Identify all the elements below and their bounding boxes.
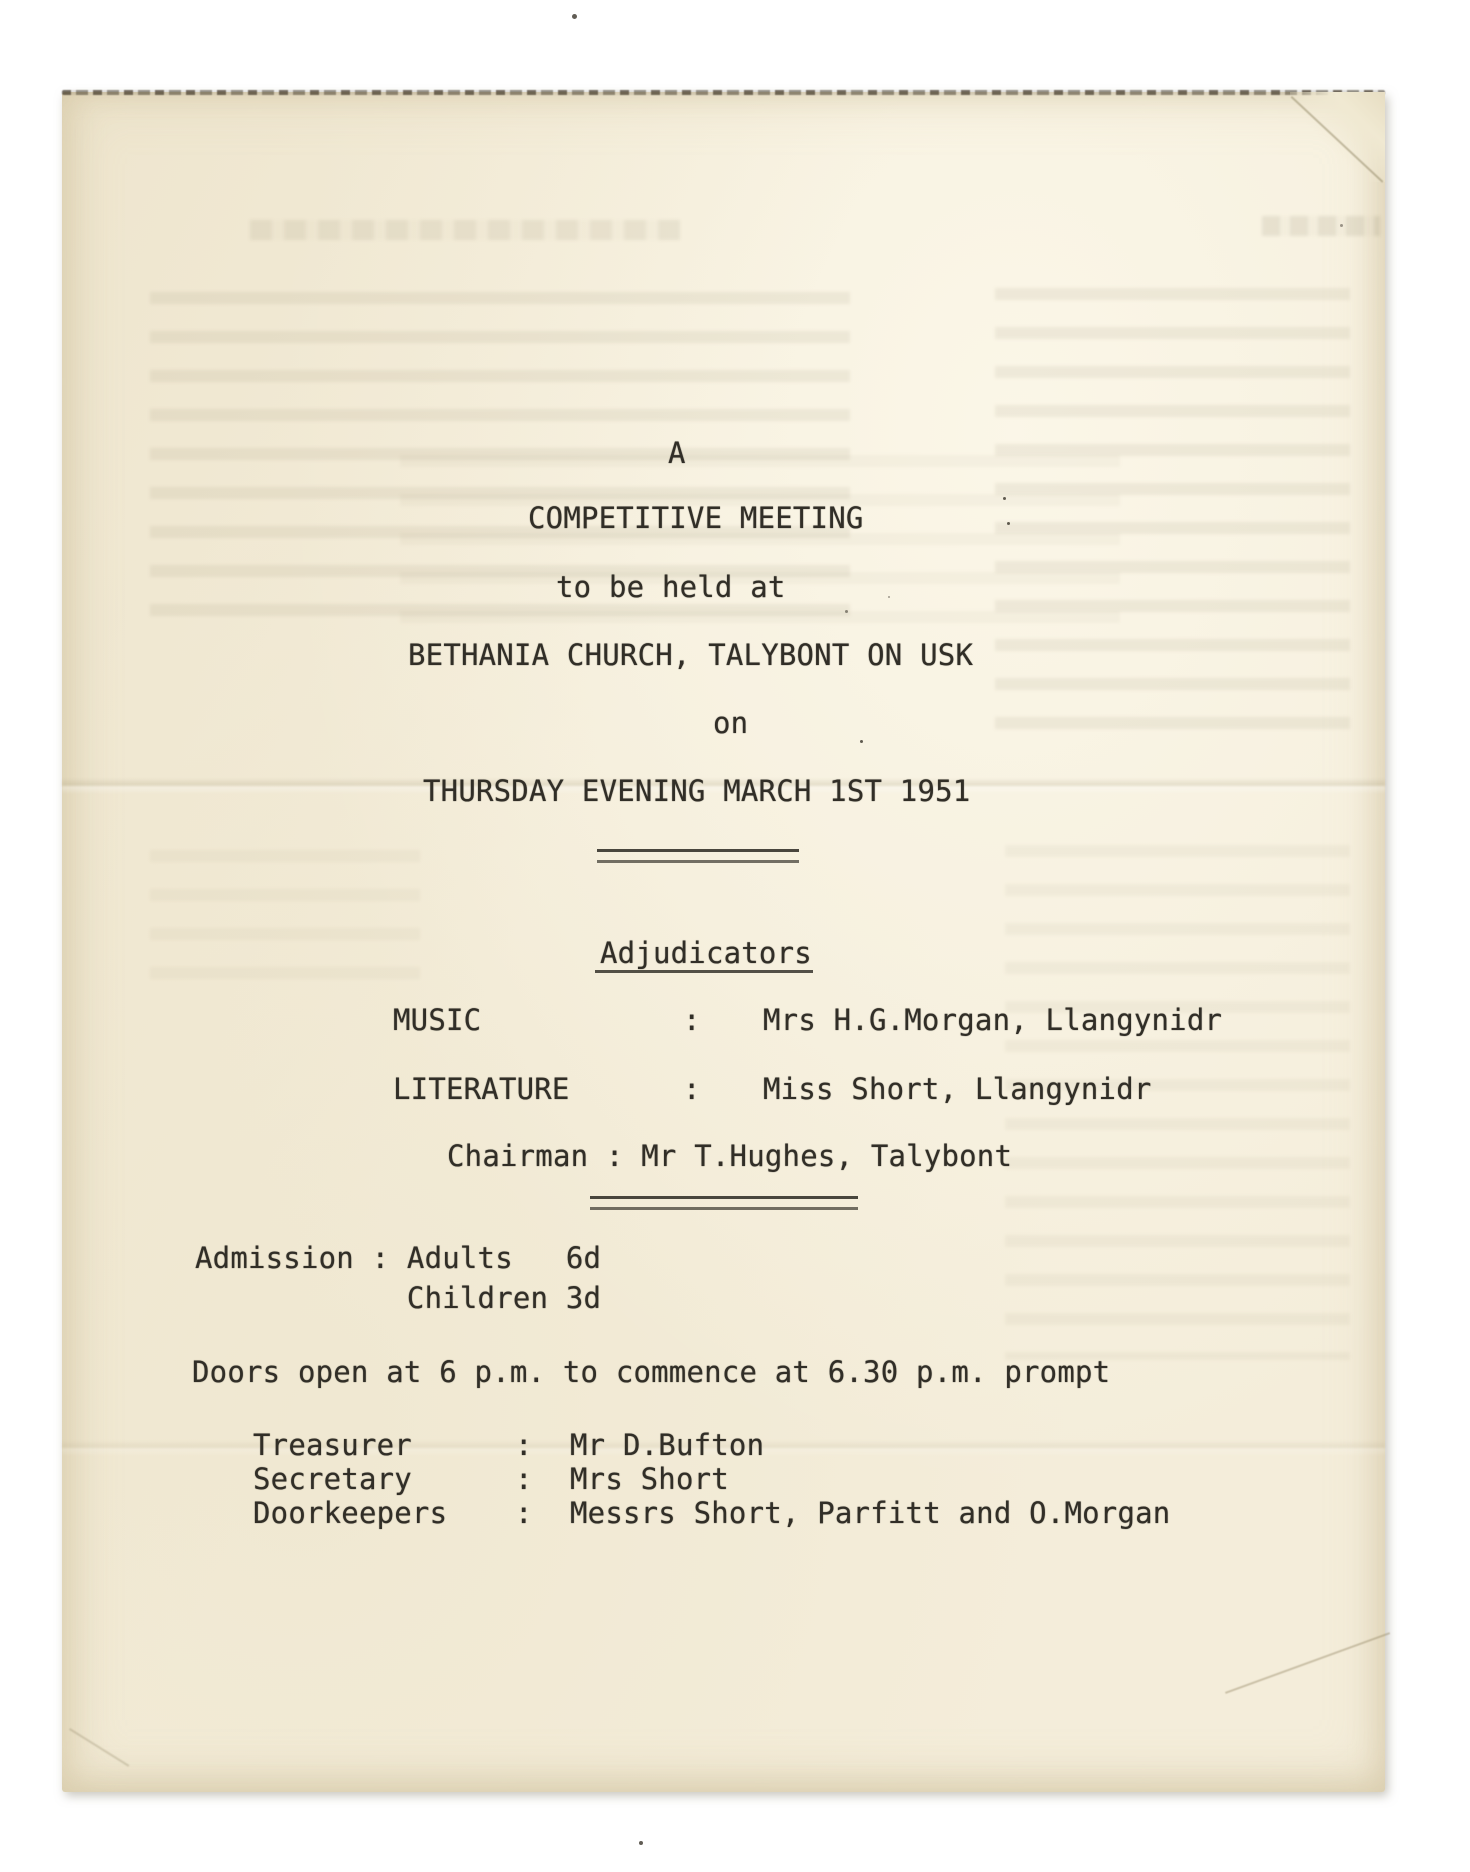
ink-speck (888, 596, 890, 598)
ink-speck (845, 610, 848, 613)
double-rule-divider (597, 849, 799, 863)
ink-speck (1340, 224, 1343, 227)
heading-title: COMPETITIVE MEETING (528, 501, 864, 535)
heading-held-at: to be held at (556, 570, 786, 604)
ink-speck (1003, 497, 1006, 500)
heading-on-word: on (713, 706, 748, 740)
official-separator: : (515, 1428, 533, 1462)
double-rule-divider (590, 1196, 858, 1210)
adjudicator-row: MUSIC : Mrs H.G.Morgan, Llangynidr (0, 1003, 1470, 1037)
official-name: Mr D.Bufton (570, 1428, 764, 1462)
doors-open-line: Doors open at 6 p.m. to commence at 6.30… (192, 1355, 1110, 1389)
heading-date-line: THURSDAY EVENING MARCH 1ST 1951 (423, 774, 970, 808)
adjudicators-underline (595, 970, 813, 973)
official-role: Secretary (253, 1462, 412, 1496)
admission-line-adults: Admission : Adults 6d (195, 1241, 601, 1275)
official-name: Mrs Short (570, 1462, 729, 1496)
bleed-through-text-block (1262, 216, 1380, 236)
heading-article: A (668, 436, 686, 470)
adjudicator-row: LITERATURE : Miss Short, Llangynidr (0, 1072, 1470, 1106)
bleed-through-text-block (250, 220, 680, 240)
official-separator: : (515, 1496, 533, 1530)
official-name: Messrs Short, Parfitt and O.Morgan (570, 1496, 1170, 1530)
heading-venue: BETHANIA CHURCH, TALYBONT ON USK (408, 638, 973, 672)
adjudicator-separator: : (683, 1003, 701, 1037)
adjudicator-name: Mrs H.G.Morgan, Llangynidr (763, 1003, 1222, 1037)
official-row-doorkeepers: Doorkeepers : Messrs Short, Parfitt and … (0, 1496, 1470, 1530)
ink-speck (860, 740, 863, 743)
adjudicator-category: LITERATURE (393, 1072, 570, 1106)
adjudicators-section-title: Adjudicators (600, 936, 812, 970)
torn-top-edge (62, 90, 1385, 95)
ink-speck (572, 14, 577, 19)
ink-speck (1007, 522, 1010, 525)
official-row-secretary: Secretary : Mrs Short (0, 1462, 1470, 1496)
chairman-line: Chairman : Mr T.Hughes, Talybont (447, 1139, 1012, 1173)
adjudicator-name: Miss Short, Llangynidr (763, 1072, 1152, 1106)
scanned-document-page: A COMPETITIVE MEETING to be held at BETH… (0, 0, 1470, 1872)
bleed-through-text-block (150, 850, 420, 1000)
bleed-through-text-block (995, 288, 1350, 733)
adjudicator-separator: : (683, 1072, 701, 1106)
official-row-treasurer: Treasurer : Mr D.Bufton (0, 1428, 1470, 1462)
adjudicator-category: MUSIC (393, 1003, 481, 1037)
admission-line-children: Children 3d (195, 1281, 601, 1315)
ink-speck (639, 1841, 643, 1845)
official-role: Doorkeepers (253, 1496, 447, 1530)
official-role: Treasurer (253, 1428, 412, 1462)
official-separator: : (515, 1462, 533, 1496)
